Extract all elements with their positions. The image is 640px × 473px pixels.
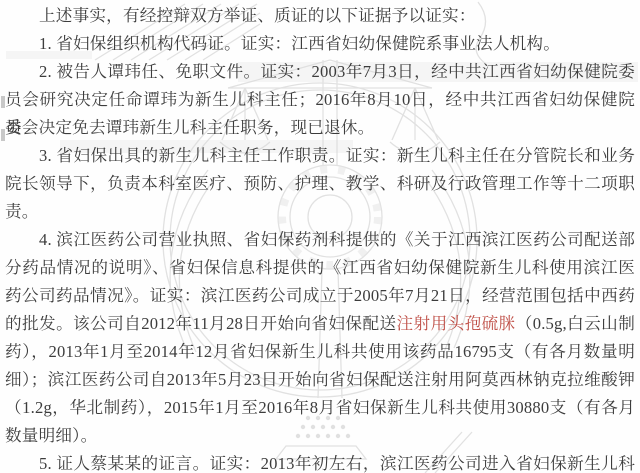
text-segment: 1. 省妇保组织机构代码证。证实：江西省妇幼保健院系事业法人机构。 xyxy=(39,34,560,53)
text-segment: 上述事实，有经控辩双方举证、质证的以下证据予以证实： xyxy=(39,6,476,25)
text-segment: （1.2g，华北制药），2015年1月至2016年8月省妇保新生儿科共使用308… xyxy=(5,398,635,417)
scanned-court-document: 上述事实，有经控辩双方举证、质证的以下证据予以证实：1. 省妇保组织机构代码证。… xyxy=(0,0,640,473)
text-line: 数量明细）。 xyxy=(5,422,635,450)
text-line: 的批发。该公司自2012年11月28日开始向省妇保配送注射用头孢硫脒（0.5g,… xyxy=(5,310,635,338)
text-segment: 分药品情况的说明》、省妇保信息科提供的《江西省妇幼保健院新生儿科使用滨江医 xyxy=(5,258,635,277)
text-line: 责。 xyxy=(5,198,635,226)
text-line: （1.2g，华北制药），2015年1月至2016年8月省妇保新生儿科共使用308… xyxy=(5,394,635,422)
text-segment: 的批发。该公司自2012年11月28日开始向省妇保配送 xyxy=(5,314,397,333)
text-segment: 5. 证人蔡某某的证言。证实：2013年初左右，滨江医药公司进入省妇保新生儿科 xyxy=(39,454,635,473)
text-segment: 院长领导下，负责本科室医疗、预防、护理、教学、科研及行政管理工作等十二项职 xyxy=(5,174,635,193)
text-line: 细）；滨江医药公司自2013年5月23日开始向省妇保配送注射用阿莫西林钠克拉维酸… xyxy=(5,366,635,394)
text-segment: 细）；滨江医药公司自2013年5月23日开始向省妇保配送注射用阿莫西林钠克拉维酸… xyxy=(5,370,635,389)
text-line: 1. 省妇保组织机构代码证。证实：江西省妇幼保健院系事业法人机构。 xyxy=(5,30,635,58)
text-line: 员会研究决定任命谭玮为新生儿科主任；2016年8月10日，经中共江西省妇幼保健院… xyxy=(5,86,635,114)
text-line: 药公司药品情况》。证实：滨江医药公司成立于2005年7月21日，经营范围包括中西… xyxy=(5,282,635,310)
text-segment: 药公司药品情况》。证实：滨江医药公司成立于2005年7月21日，经营范围包括中西… xyxy=(5,286,635,305)
text-line: 院长领导下，负责本科室医疗、预防、护理、教学、科研及行政管理工作等十二项职 xyxy=(5,170,635,198)
text-line: 3. 省妇保出具的新生儿科主任工作职责。证实：新生儿科主任在分管院长和业务 xyxy=(5,142,635,170)
text-segment: 4. 滨江医药公司营业执照、省妇保药剂科提供的《关于江西滨江医药公司配送部 xyxy=(39,230,635,249)
text-line: 员会决定免去谭玮新生儿科主任职务，现已退休。 xyxy=(5,114,635,142)
drug-name-highlight: 注射用头孢硫脒 xyxy=(397,314,516,333)
text-segment: 3. 省妇保出具的新生儿科主任工作职责。证实：新生儿科主任在分管院长和业务 xyxy=(39,146,635,165)
text-line: 5. 证人蔡某某的证言。证实：2013年初左右，滨江医药公司进入省妇保新生儿科 xyxy=(5,450,635,473)
text-line: 4. 滨江医药公司营业执照、省妇保药剂科提供的《关于江西滨江医药公司配送部 xyxy=(5,226,635,254)
document-page: { "colors": { "background": "#fefefe", "… xyxy=(0,0,640,473)
text-line: 药），2013年1月至2014年12月省妇保新生儿科共使用该药品16795支（有… xyxy=(5,338,635,366)
text-segment: 责。 xyxy=(5,202,39,221)
text-segment: （0.5g,白云山制 xyxy=(516,314,635,333)
text-line: 分药品情况的说明》、省妇保信息科提供的《江西省妇幼保健院新生儿科使用滨江医 xyxy=(5,254,635,282)
text-segment: 数量明细）。 xyxy=(5,426,97,445)
text-segment: 员会决定免去谭玮新生儿科主任职务，现已退休。 xyxy=(5,118,374,137)
text-segment: 药），2013年1月至2014年12月省妇保新生儿科共使用该药品16795支（有… xyxy=(5,342,635,361)
text-line: 上述事实，有经控辩双方举证、质证的以下证据予以证实： xyxy=(5,2,635,30)
text-line: 2. 被告人谭玮任、免职文件。证实：2003年7月3日，经中共江西省妇幼保健院委 xyxy=(5,58,635,86)
document-text: 上述事实，有经控辩双方举证、质证的以下证据予以证实：1. 省妇保组织机构代码证。… xyxy=(0,0,640,473)
text-segment: 2. 被告人谭玮任、免职文件。证实：2003年7月3日，经中共江西省妇幼保健院委 xyxy=(39,62,635,81)
